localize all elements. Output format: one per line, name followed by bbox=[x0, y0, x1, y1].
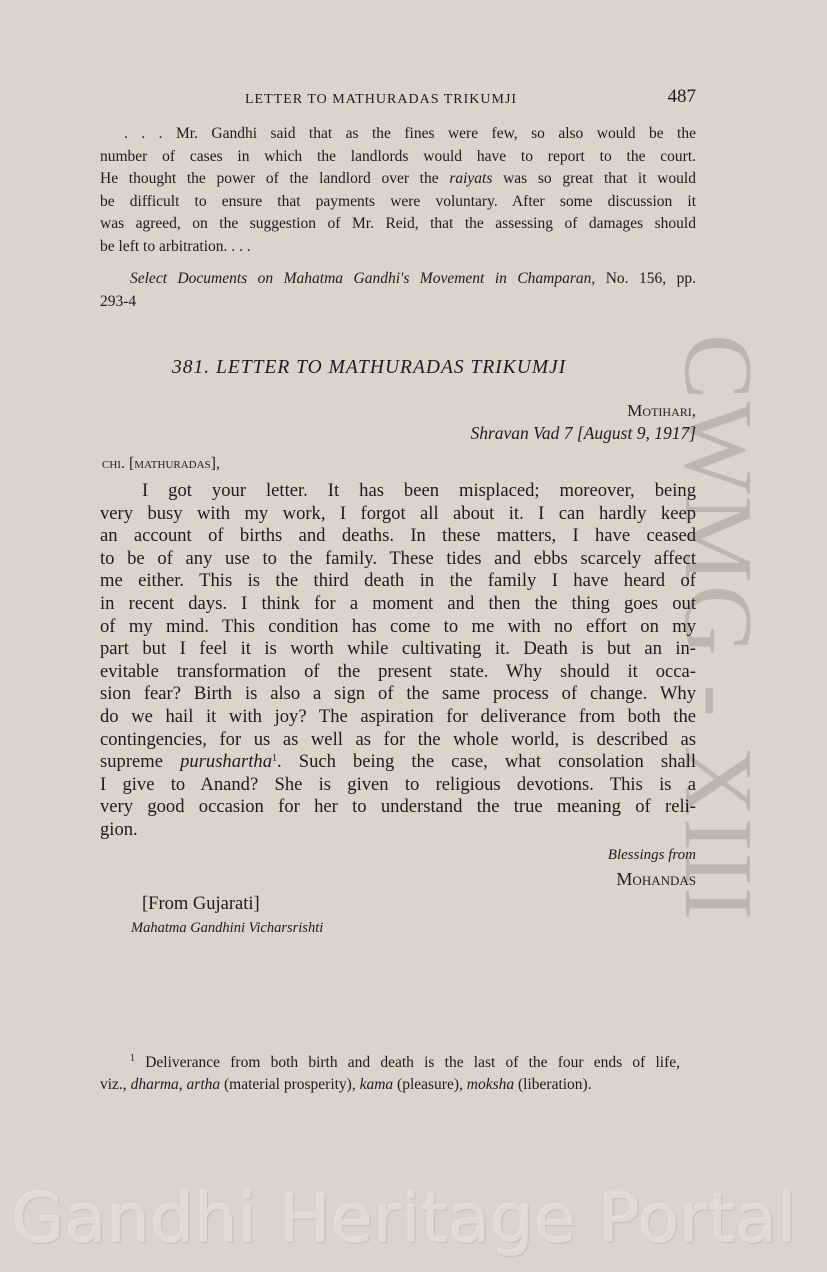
translation-origin: [From Gujarati] bbox=[142, 894, 260, 915]
extract-line: be difficult to ensure that payments wer… bbox=[100, 191, 696, 214]
signoff-signature: Mohandas bbox=[616, 869, 696, 890]
body-line: part but I feel it is worth while cultiv… bbox=[100, 638, 696, 661]
body-line: do we hail it with joy? The aspiration f… bbox=[100, 706, 696, 729]
body-line: contingencies, for us as well as for the… bbox=[100, 729, 696, 752]
document-title: 381. LETTER TO MATHURADAS TRIKUMJI bbox=[172, 357, 566, 379]
extract-line: He thought the power of the landlord ove… bbox=[100, 168, 696, 191]
body-line: very good occasion for her to understand… bbox=[100, 796, 696, 819]
extract-source-citation: Select Documents on Mahatma Gandhi's Mov… bbox=[100, 268, 696, 313]
portal-watermark: Gandhi Heritage Portal bbox=[12, 1180, 812, 1260]
body-line: supreme purushartha1. Such being the cas… bbox=[100, 751, 696, 774]
extract-line: . . . Mr. Gandhi said that as the fines … bbox=[100, 123, 696, 146]
body-line: me either. This is the third death in th… bbox=[100, 570, 696, 593]
extract-line: was agreed, on the suggestion of Mr. Rei… bbox=[100, 213, 696, 236]
body-line: I got your letter. It has been misplaced… bbox=[100, 480, 696, 503]
footnote: 1 Deliverance from both birth and death … bbox=[100, 1052, 680, 1096]
body-line: of my mind. This condition has come to m… bbox=[100, 616, 696, 639]
signoff-blessings: Blessings from bbox=[608, 847, 696, 864]
body-line: very busy with my work, I forgot all abo… bbox=[100, 503, 696, 526]
preceding-extract: . . . Mr. Gandhi said that as the fines … bbox=[100, 123, 696, 259]
body-line: to be of any use to the family. These ti… bbox=[100, 548, 696, 571]
extract-line: number of cases in which the landlords w… bbox=[100, 146, 696, 169]
italic-term: raiyats bbox=[449, 170, 492, 187]
body-line: in recent days. I think for a moment and… bbox=[100, 593, 696, 616]
running-head-title: LETTER TO MATHURADAS TRIKUMJI bbox=[245, 92, 517, 108]
source-title: Select Documents on Mahatma Gandhi's Mov… bbox=[130, 270, 591, 287]
running-head: LETTER TO MATHURADAS TRIKUMJI 487 bbox=[100, 88, 696, 112]
letter-place: Motihari, bbox=[627, 401, 696, 421]
body-line: I give to Anand? She is given to religio… bbox=[100, 774, 696, 797]
page-number: 487 bbox=[668, 86, 697, 108]
body-line: an account of births and deaths. In thes… bbox=[100, 525, 696, 548]
body-line: gion. bbox=[100, 819, 696, 842]
letter-date: Shravan Vad 7 [August 9, 1917] bbox=[470, 423, 696, 444]
italic-term: purushartha bbox=[180, 751, 272, 772]
body-line: sion fear? Birth is also a sign of the s… bbox=[100, 683, 696, 706]
extract-line: be left to arbitration. . . . bbox=[100, 236, 696, 259]
letter-body: I got your letter. It has been misplaced… bbox=[100, 480, 696, 842]
document-page: CWMG - XIII LETTER TO MATHURADAS TRIKUMJ… bbox=[0, 0, 827, 1272]
letter-source: Mahatma Gandhini Vicharsrishti bbox=[131, 920, 323, 937]
body-line: evitable transformation of the present s… bbox=[100, 661, 696, 684]
salutation: chi. [mathuradas], bbox=[102, 455, 220, 473]
